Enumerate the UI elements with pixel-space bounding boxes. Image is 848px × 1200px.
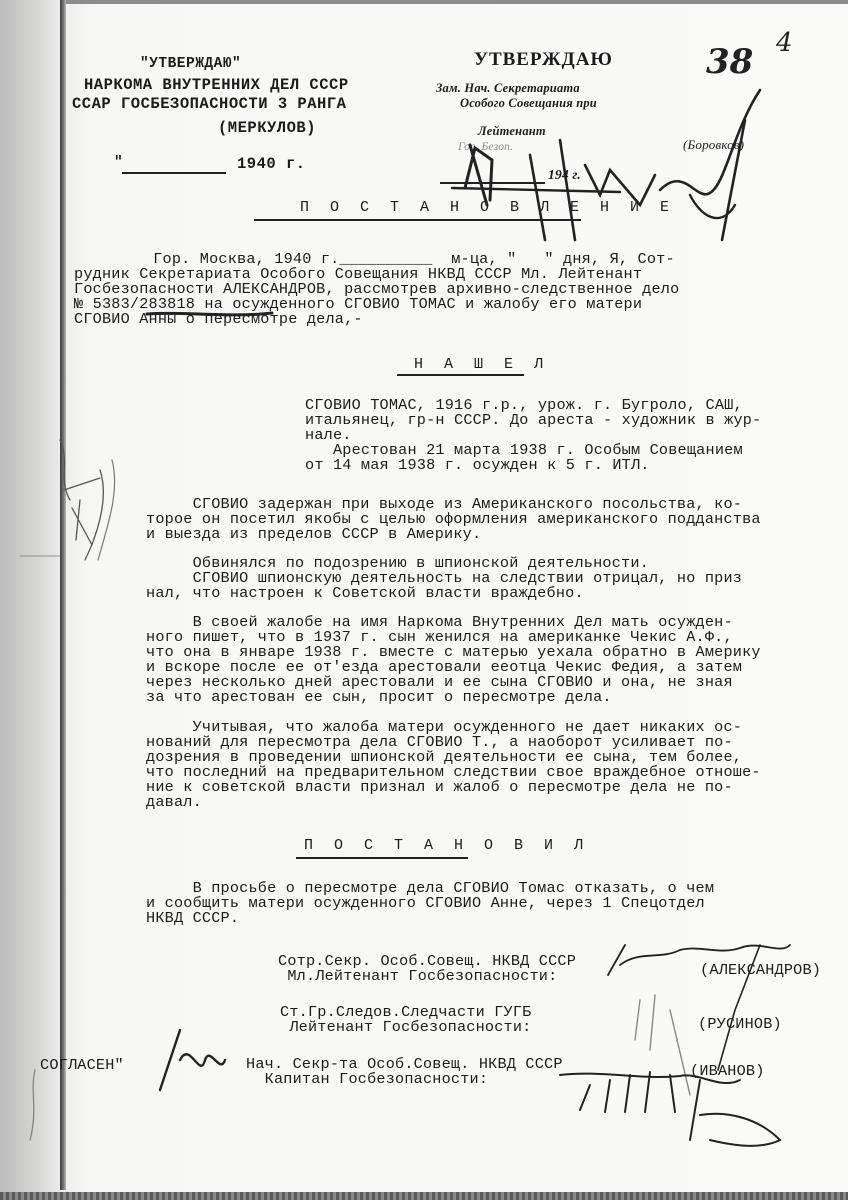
approval-right-line4: Гос. Безоп.: [458, 140, 513, 155]
signature-rank: Лейтенант Госбезопасности:: [280, 1020, 531, 1035]
signature-name: (АЛЕКСАНДРОВ): [700, 963, 821, 978]
body-line: нал, что настроен к Советской власти вра…: [146, 586, 584, 601]
signature-name: (РУСИНОВ): [698, 1017, 782, 1032]
approval-left-line2: ССАР ГОСБЕЗОПАСНОСТИ 3 РАНГА: [72, 97, 346, 112]
document-page: "УТВЕРЖДАЮ" НАРКОМА ВНУТРЕННИХ ДЕЛ СССР …: [0, 0, 848, 1200]
approval-left-date-year: 1940 г.: [237, 157, 306, 172]
page-bottom-edge: [0, 1192, 848, 1200]
approval-right-date-blank: [440, 182, 545, 184]
approval-right-name: (Боровков): [683, 137, 744, 152]
body-line: и выезда из пределов СССР в Америку.: [146, 527, 481, 542]
binder-margin-line: [60, 0, 66, 1190]
heading-found: Н А Ш Е Л: [414, 357, 549, 372]
heading-resolution-underline: [254, 219, 581, 221]
approval-left-date-quote: ": [114, 156, 123, 171]
approval-right-date: 194 г.: [548, 167, 581, 182]
signature-rank: Мл.Лейтенант Госбезопасности:: [278, 969, 557, 984]
body-line: ние к советской власти признал и жалоб о…: [146, 780, 733, 795]
approval-right-line3: Лейтенант: [478, 124, 546, 139]
approval-right-title: УТВЕРЖДАЮ: [474, 52, 613, 67]
intro-line: СГОВИО Анны о пересмотре дела,-: [74, 312, 363, 327]
agreed-label: СОГЛАСЕН": [40, 1058, 124, 1073]
heading-resolved-underline: [296, 857, 468, 859]
heading-resolution-title: П О С Т А Н О В Л Е Н И Е: [300, 200, 675, 215]
resolution-line: НКВД СССР.: [146, 911, 239, 926]
heading-resolved: П О С Т А Н О В И Л: [304, 838, 589, 853]
found-line: итальянец, гр-н СССР. До ареста - художн…: [305, 413, 761, 428]
approval-left-name: (МЕРКУЛОВ): [218, 121, 316, 136]
body-line: давал.: [146, 795, 202, 810]
approval-left-title: "УТВЕРЖДАЮ": [140, 57, 241, 72]
body-line: за что арестован ее сын, просит о пересм…: [146, 690, 612, 705]
approval-right-line1: Зам. Нач. Секретариата: [436, 81, 580, 96]
found-line: от 14 мая 1938 г. осужден к 5 г. ИТЛ.: [305, 458, 650, 473]
approval-right-line2: Особого Совещания при: [460, 96, 597, 111]
page-top-edge: [60, 0, 848, 4]
archive-page-number: 38: [706, 42, 753, 82]
heading-found-underline: [397, 374, 524, 376]
approval-left-date-blank: [122, 172, 226, 174]
signature-rank: Капитан Госбезопасности:: [246, 1072, 488, 1087]
signature-name: (ИВАНОВ): [690, 1064, 765, 1079]
archive-page-sub-number: 4: [776, 28, 793, 58]
approval-left-line1: НАРКОМА ВНУТРЕННИХ ДЕЛ СССР: [84, 78, 349, 93]
